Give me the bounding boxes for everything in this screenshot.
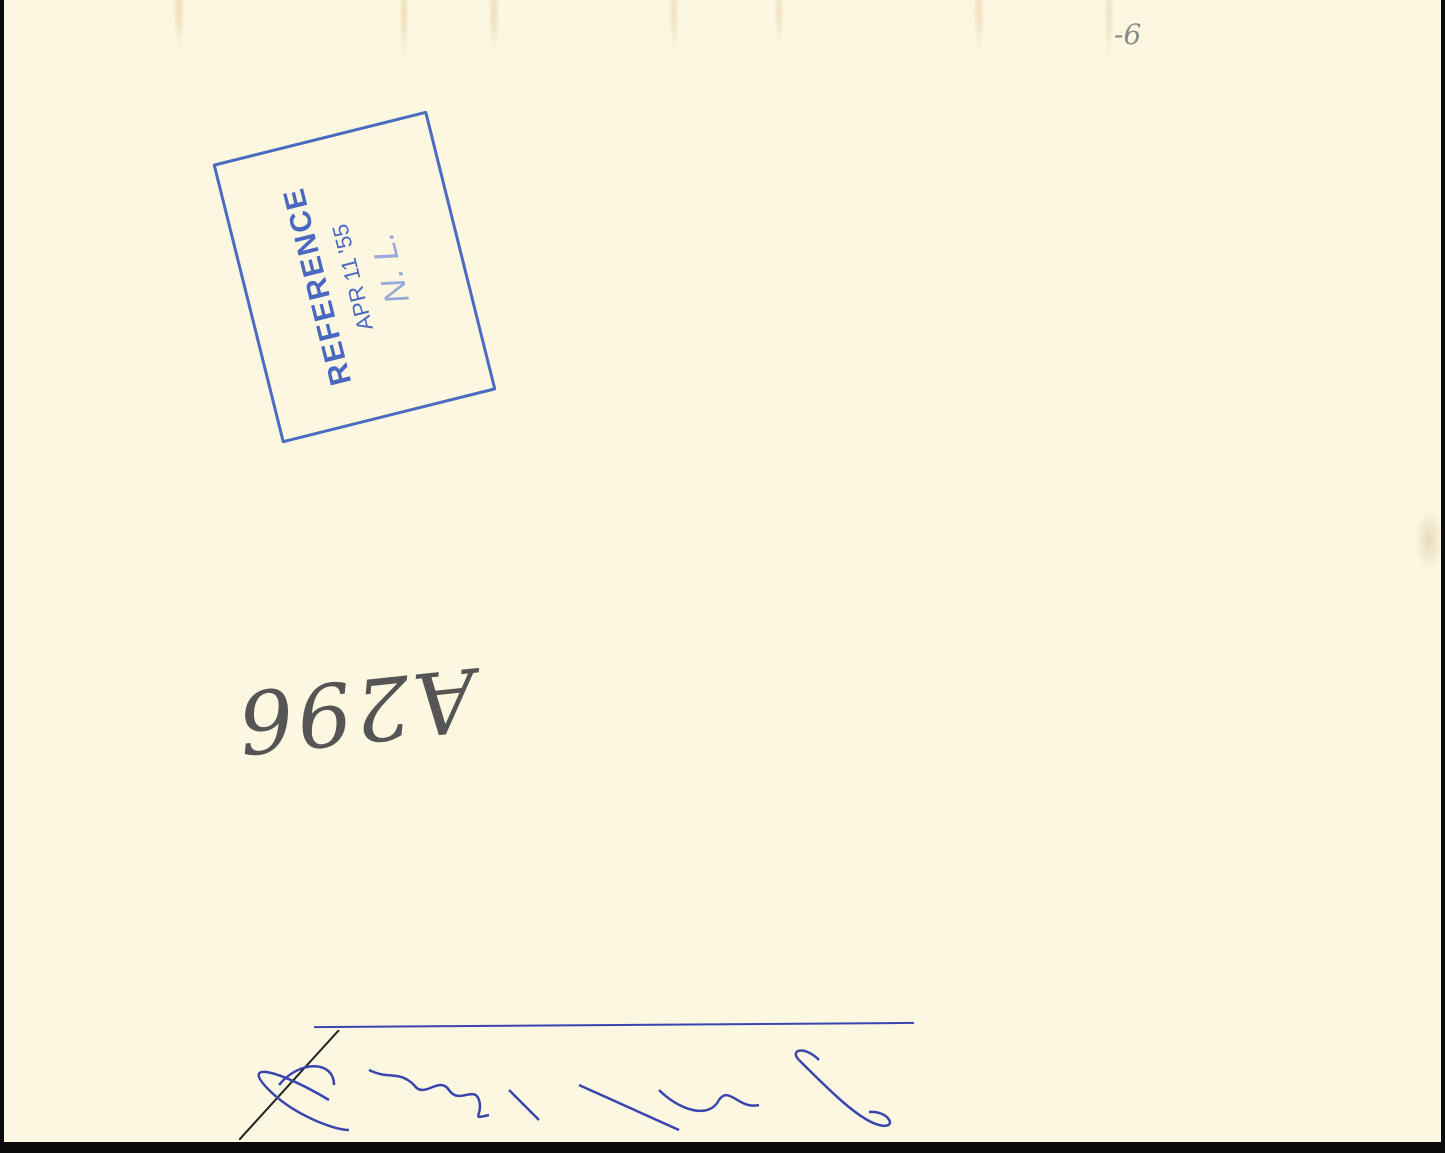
signature [239,1030,899,1140]
signature-line [314,1022,914,1028]
catalog-number: A296 [229,648,480,773]
corner-pencil-mark: -6 [1114,18,1141,51]
photo-back: -6 REFERENCE APR 11 '55 N. L. A296 [4,0,1441,1142]
reference-stamp: REFERENCE APR 11 '55 N. L. [212,111,496,444]
